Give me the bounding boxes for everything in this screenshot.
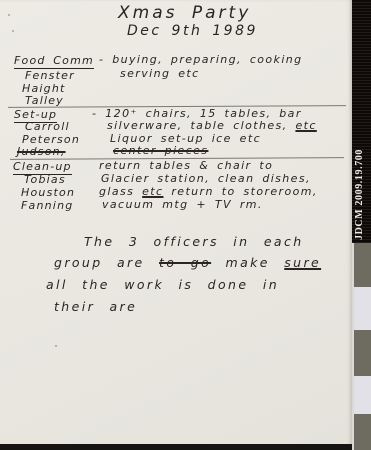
member-fenster: Fenster [25,69,75,82]
member-judson-struck: Judson, [17,145,66,158]
section-food-heading: Food Comm [14,54,94,69]
calibration-patch-dark [354,243,371,287]
section-cleanup-duty-3: glass etc return to storeroom, [99,185,318,198]
closing-underlined-word: sure [284,255,321,270]
closing-line-4: their are [54,299,137,314]
section-setup-duty-4-struck: center pieces [113,144,208,157]
calibration-patch-light [354,376,371,414]
scanner-edge-bar [0,444,352,450]
closing-text: make [211,255,284,270]
calibration-patch-dark [354,330,371,376]
section-food-duty-2: serving etc [120,67,200,80]
calibration-patch-dark [354,414,371,450]
duty-text: silverware, table clothes, [107,119,295,132]
paper-speck [8,14,10,16]
duty-etc-underlined: etc [295,119,316,132]
section-setup-duty-2: silverware, table clothes, etc [107,119,317,132]
calibration-patch-light [354,287,371,330]
duty-etc-underlined: etc [142,185,163,198]
catalog-number-label: JDCM 2009.19.700 [354,149,365,240]
closing-line-2: group are to go make sure [54,255,321,270]
paper-speck [55,345,57,347]
section-cleanup-duty-1: return tables & chair to [99,159,273,172]
member-houston: Houston [21,186,75,199]
member-talley: Talley [25,94,64,107]
closing-line-3: all the work is done in [46,277,279,292]
closing-struck-words: to go [159,255,211,270]
scanned-note-page: Xmas Party Dec 9th 1989 Food Comm - buyi… [0,0,371,450]
duty-text: glass [99,185,142,198]
note-date: Dec 9th 1989 [127,23,258,39]
duty-text: return to storeroom, [163,185,317,198]
closing-line-1: The 3 officers in each [84,234,304,249]
archival-film-strip: JDCM 2009.19.700 [352,0,371,450]
section-cleanup-duty-4: vacuum mtg + TV rm. [102,198,263,211]
film-strip-black-band: JDCM 2009.19.700 [352,0,371,243]
member-fanning: Fanning [21,199,73,212]
note-paper: Xmas Party Dec 9th 1989 Food Comm - buyi… [0,0,352,450]
closing-text: group are [54,255,159,270]
section-cleanup-duty-2: Glacier station, clean dishes, [101,172,311,185]
paper-speck [12,30,14,32]
member-tobias: Tobias [24,173,66,186]
member-carroll: Carroll [25,120,70,133]
note-title: Xmas Party [118,3,251,23]
section-food-duty-1: - buying, preparing, cooking [99,53,303,66]
grayscale-calibration-strip [352,243,371,450]
